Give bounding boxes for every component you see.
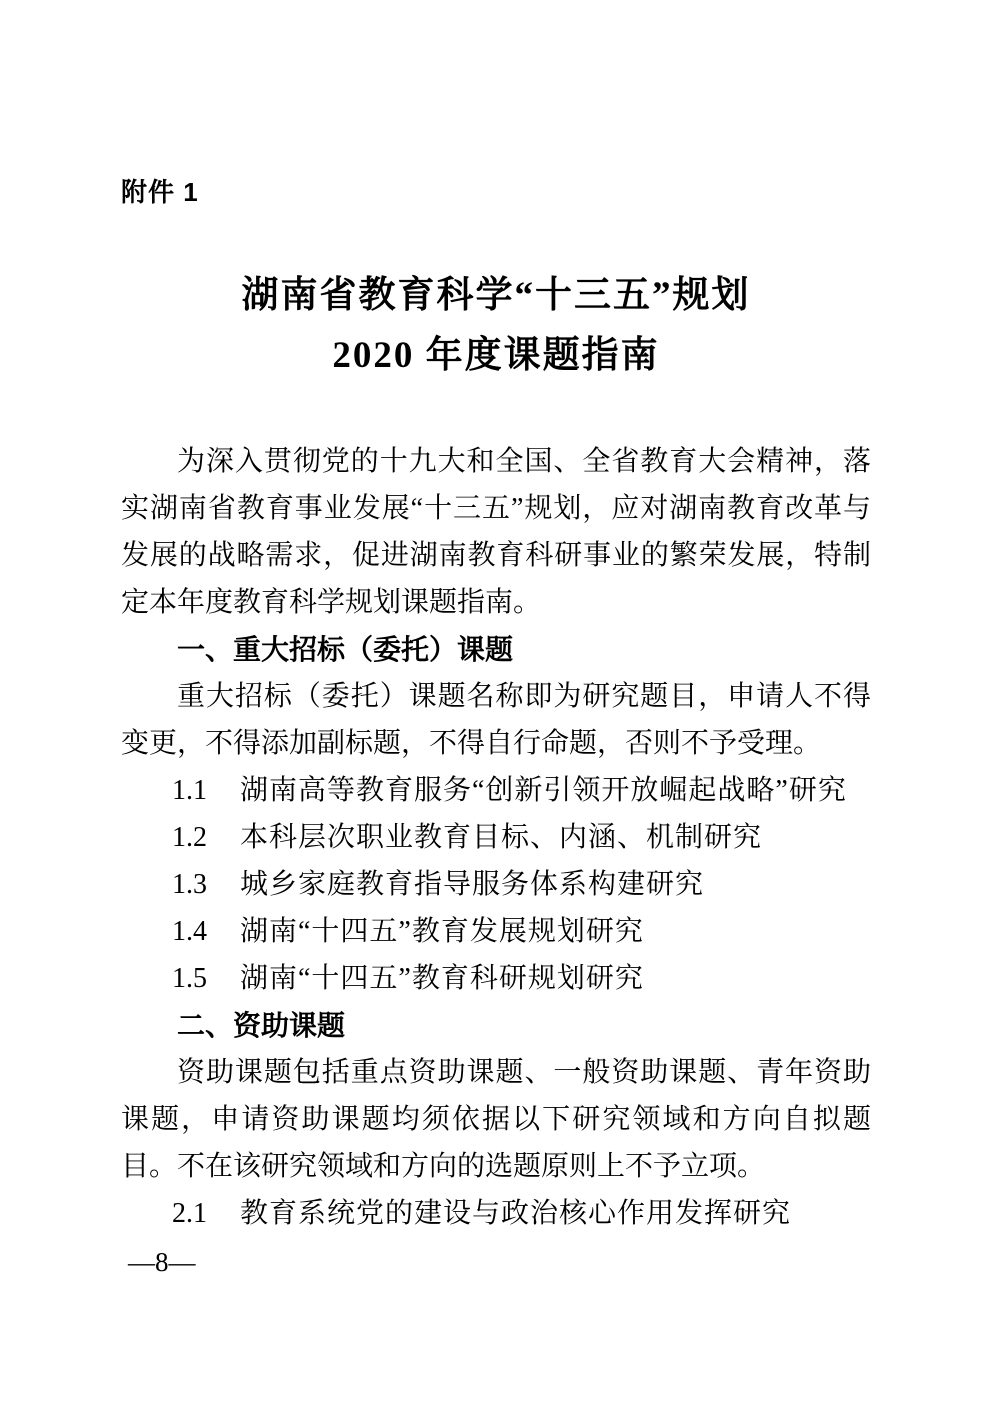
document-body: 为深入贯彻党的十九大和全国、全省教育大会精神，落实湖南省教育事业发展“十三五”规… xyxy=(121,438,871,1237)
section-1-heading: 一、重大招标（委托）课题 xyxy=(121,626,871,673)
topic-number: 1.3 xyxy=(172,861,240,908)
topic-item-1-1: 1.1湖南高等教育服务“创新引领开放崛起战略”研究 xyxy=(121,767,871,814)
section-2-description: 资助课题包括重点资助课题、一般资助课题、青年资助课题，申请资助课题均须依据以下研… xyxy=(121,1049,871,1190)
topic-title: 本科层次职业教育目标、内涵、机制研究 xyxy=(240,822,762,853)
topic-number: 1.1 xyxy=(172,767,240,814)
topic-title: 湖南“十四五”教育发展规划研究 xyxy=(240,916,644,947)
topic-title: 教育系统党的建设与政治核心作用发挥研究 xyxy=(240,1198,791,1229)
topic-title: 湖南“十四五”教育科研规划研究 xyxy=(240,963,644,994)
document-page: 附件 1 湖南省教育科学“十三五”规划 2020 年度课题指南 为深入贯彻党的十… xyxy=(0,0,992,1403)
page-number: —8— xyxy=(128,1246,196,1278)
topic-item-1-4: 1.4湖南“十四五”教育发展规划研究 xyxy=(121,908,871,955)
intro-paragraph: 为深入贯彻党的十九大和全国、全省教育大会精神，落实湖南省教育事业发展“十三五”规… xyxy=(121,438,871,626)
section-1-description: 重大招标（委托）课题名称即为研究题目，申请人不得变更，不得添加副标题，不得自行命… xyxy=(121,673,871,767)
attachment-label: 附件 1 xyxy=(121,176,199,208)
topic-number: 1.2 xyxy=(172,814,240,861)
topic-item-1-5: 1.5湖南“十四五”教育科研规划研究 xyxy=(121,955,871,1002)
section-2-heading: 二、资助课题 xyxy=(121,1002,871,1049)
topic-item-1-2: 1.2本科层次职业教育目标、内涵、机制研究 xyxy=(121,814,871,861)
topic-number: 1.5 xyxy=(172,955,240,1002)
title-line-1: 湖南省教育科学“十三五”规划 xyxy=(121,266,871,326)
topic-number: 2.1 xyxy=(172,1190,240,1237)
topic-number: 1.4 xyxy=(172,908,240,955)
topic-item-2-1: 2.1教育系统党的建设与政治核心作用发挥研究 xyxy=(121,1190,871,1237)
title-line-2: 2020 年度课题指南 xyxy=(121,326,871,386)
document-title: 湖南省教育科学“十三五”规划 2020 年度课题指南 xyxy=(121,266,871,386)
topic-title: 湖南高等教育服务“创新引领开放崛起战略”研究 xyxy=(240,775,847,806)
topic-item-1-3: 1.3城乡家庭教育指导服务体系构建研究 xyxy=(121,861,871,908)
topic-title: 城乡家庭教育指导服务体系构建研究 xyxy=(240,869,704,900)
